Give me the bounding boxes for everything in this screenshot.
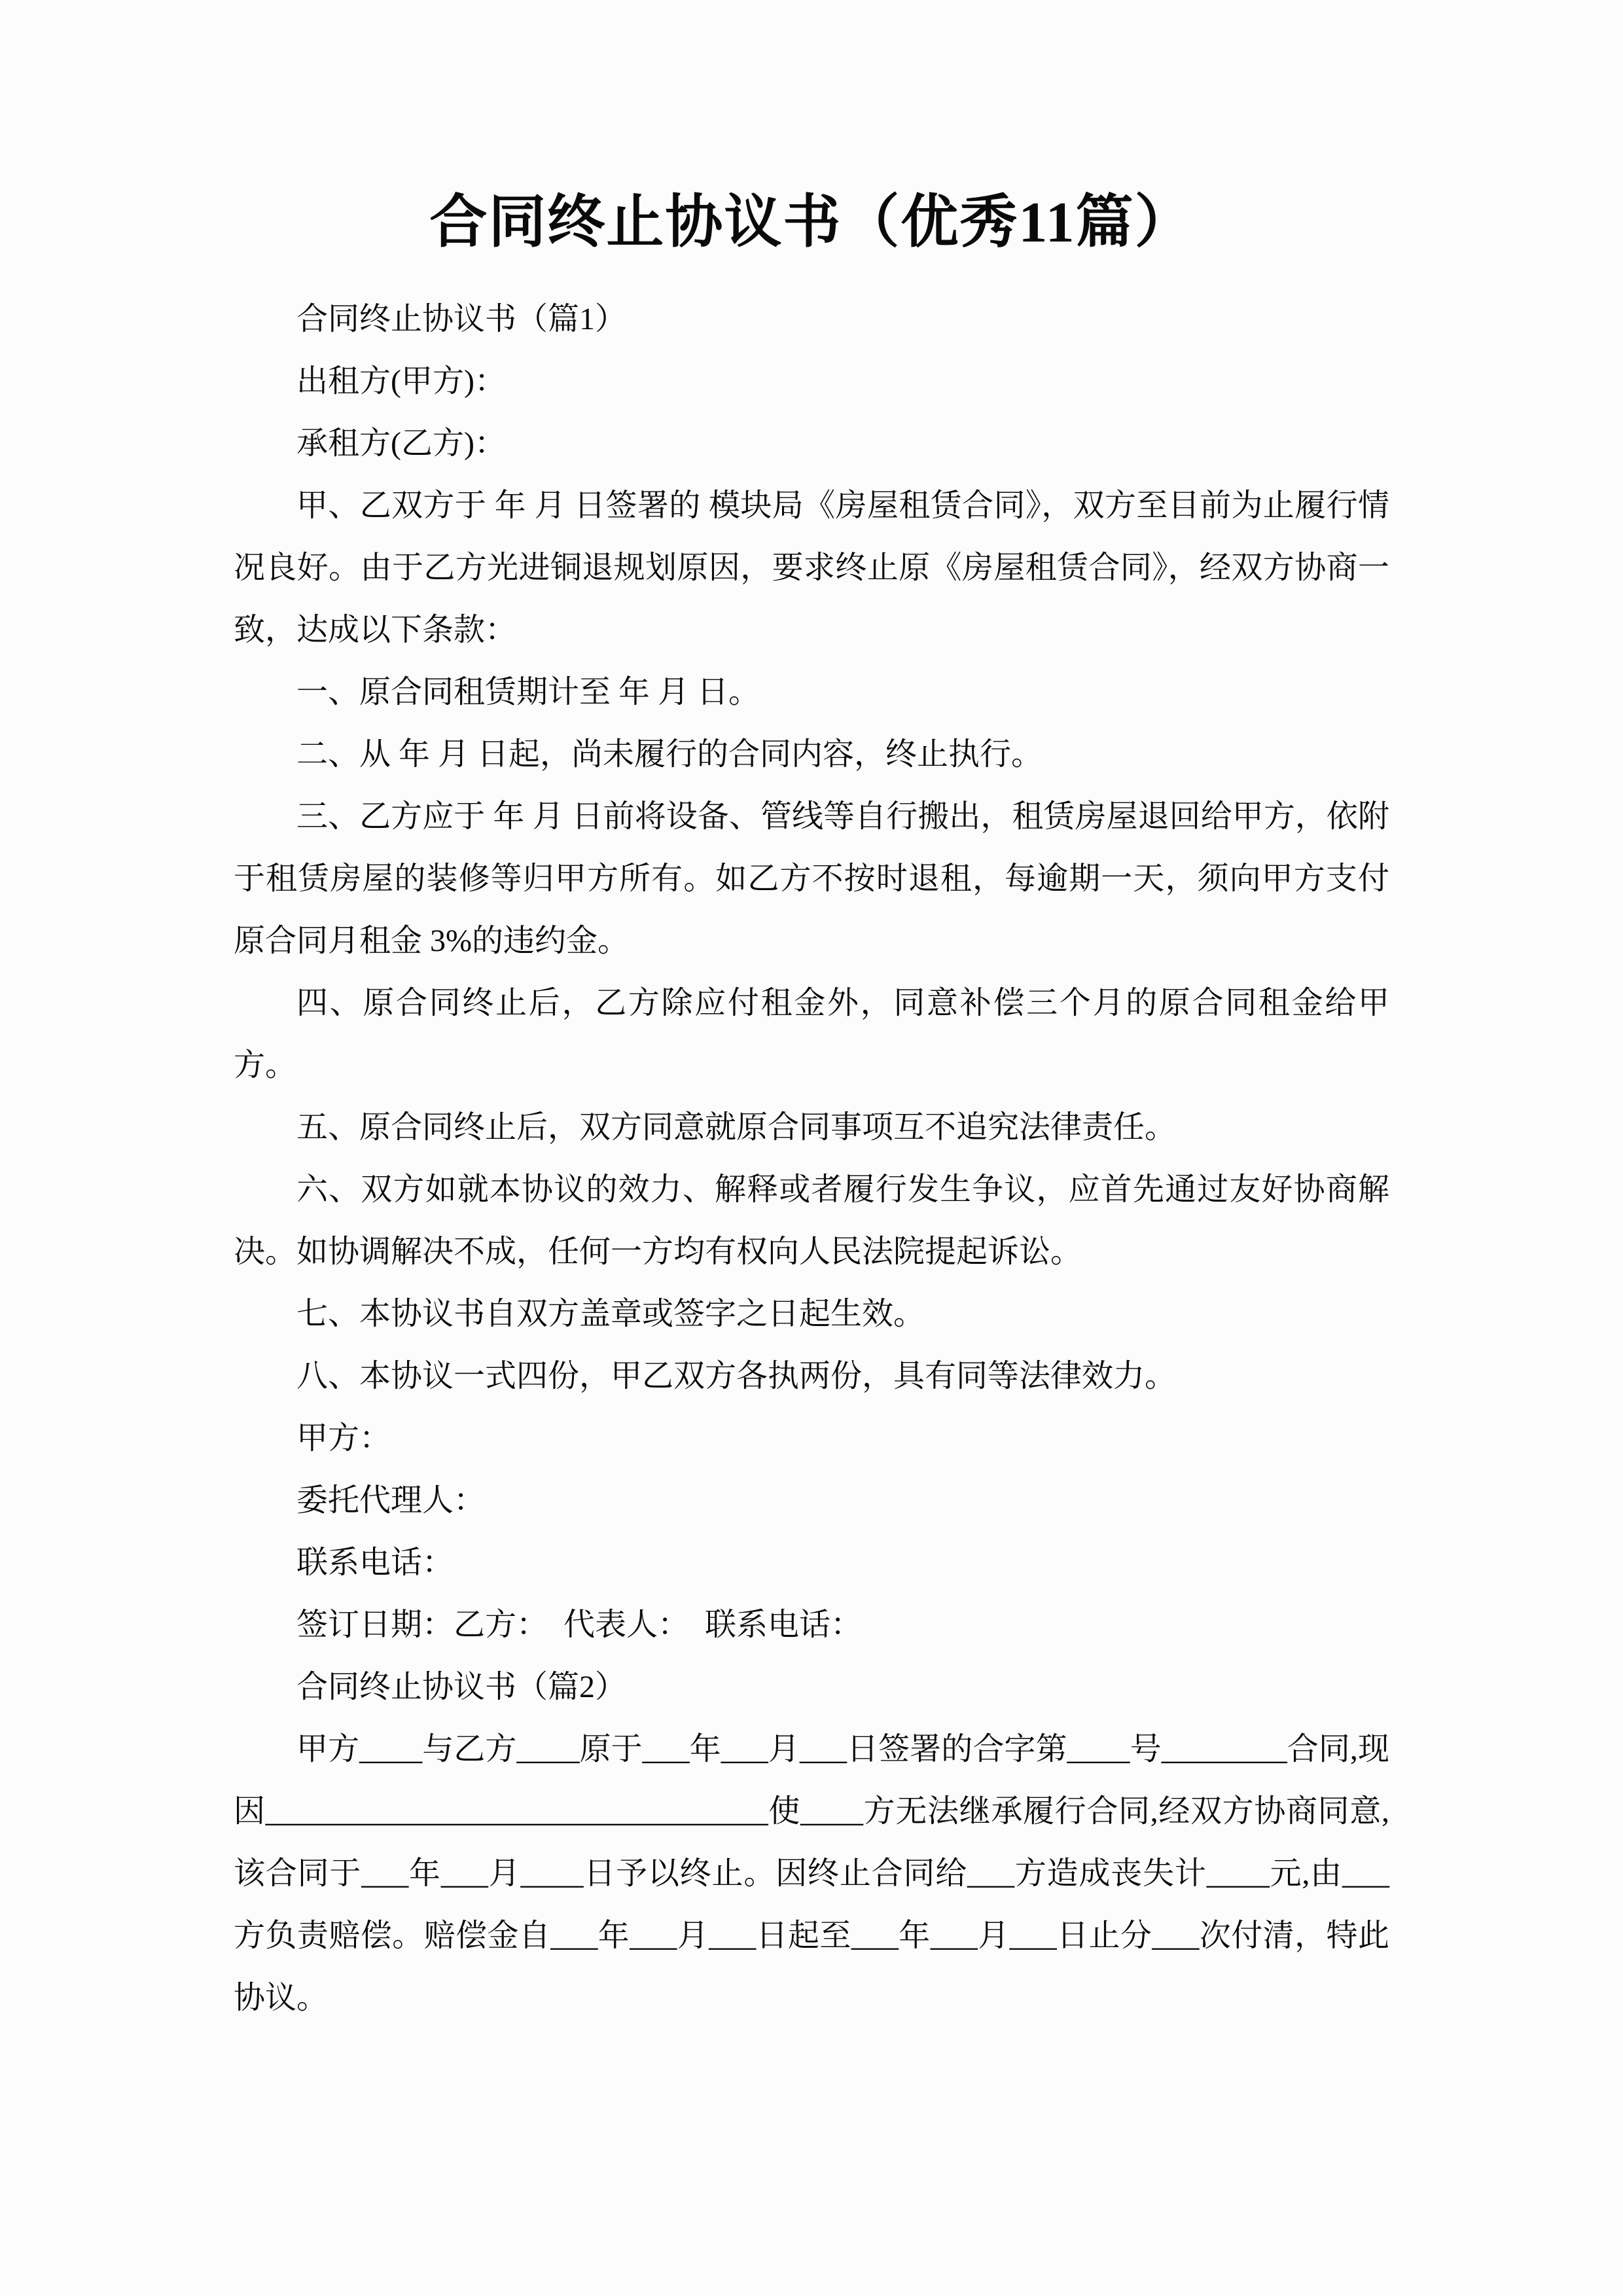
party-a-line: 甲方： <box>234 1407 1389 1469</box>
document-body: 合同终止协议书（篇1） 出租方(甲方)： 承租方(乙方)： 甲、乙双方于 年 月… <box>234 288 1389 2029</box>
section-2-heading: 合同终止协议书（篇2） <box>234 1656 1389 1718</box>
clause-3: 三、乙方应于 年 月 日前将设备、管线等自行搬出，租赁房屋退回给甲方，依附于租赁… <box>234 785 1389 972</box>
clause-6: 六、双方如就本协议的效力、解释或者履行发生争议，应首先通过友好协商解决。如协调解… <box>234 1158 1389 1283</box>
section-1-heading: 合同终止协议书（篇1） <box>234 288 1389 350</box>
document-title: 合同终止协议书（优秀11篇） <box>234 188 1389 258</box>
clause-7: 七、本协议书自双方盖章或签字之日起生效。 <box>234 1283 1389 1345</box>
clause-1: 一、原合同租赁期计至 年 月 日。 <box>234 661 1389 723</box>
agent-line: 委托代理人： <box>234 1469 1389 1532</box>
section-2-body: 甲方____与乙方____原于___年___月___日签署的合字第____号__… <box>234 1718 1389 2029</box>
clause-2: 二、从 年 月 日起，尚未履行的合同内容，终止执行。 <box>234 723 1389 785</box>
sign-date-line: 签订日期：乙方： 代表人： 联系电话： <box>234 1594 1389 1656</box>
preamble-paragraph: 甲、乙双方于 年 月 日签署的 模块局《房屋租赁合同》，双方至目前为止履行情况良… <box>234 475 1389 661</box>
lessee-party-line: 承租方(乙方)： <box>234 412 1389 475</box>
phone-line: 联系电话： <box>234 1532 1389 1594</box>
clause-8: 八、本协议一式四份，甲乙双方各执两份，具有同等法律效力。 <box>234 1345 1389 1407</box>
lessor-party-line: 出租方(甲方)： <box>234 350 1389 412</box>
clause-5: 五、原合同终止后，双方同意就原合同事项互不追究法律责任。 <box>234 1096 1389 1158</box>
document-page: 合同终止协议书（优秀11篇） 合同终止协议书（篇1） 出租方(甲方)： 承租方(… <box>0 0 1623 2296</box>
clause-4: 四、原合同终止后，乙方除应付租金外，同意补偿三个月的原合同租金给甲方。 <box>234 972 1389 1096</box>
